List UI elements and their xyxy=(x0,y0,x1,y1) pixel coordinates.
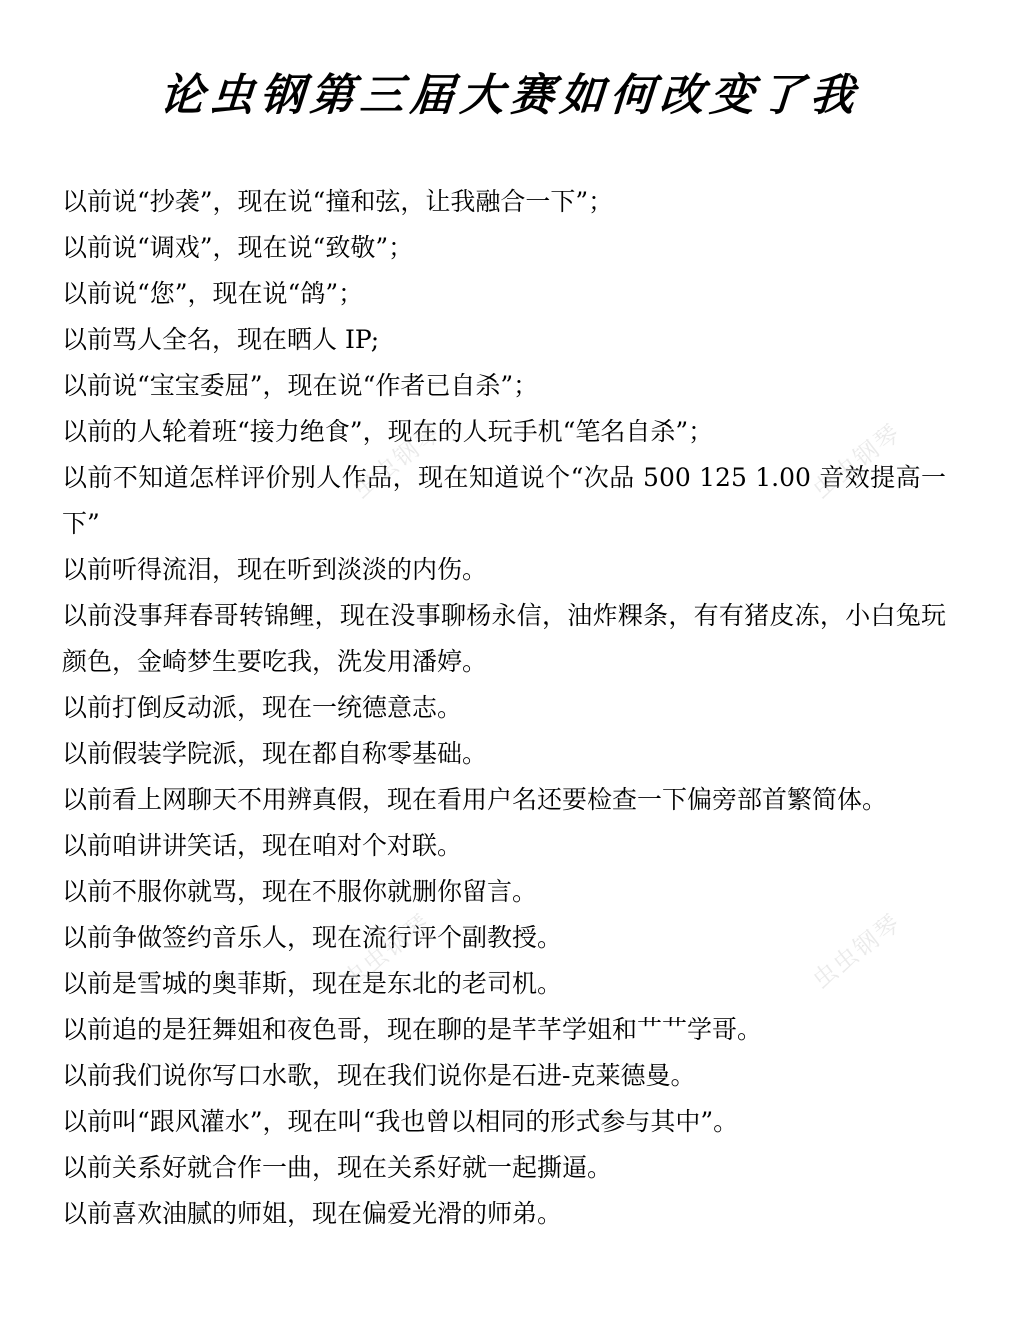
text-line: 以前是雪城的奥菲斯，现在是东北的老司机。 xyxy=(62,961,946,1007)
text-line: 以前打倒反动派，现在一统德意志。 xyxy=(62,685,946,731)
text-line: 以前喜欢油腻的师姐，现在偏爱光滑的师弟。 xyxy=(62,1191,946,1237)
text-line: 以前看上网聊天不用辨真假，现在看用户名还要检查一下偏旁部首繁简体。 xyxy=(62,777,946,823)
text-line: 以前听得流泪，现在听到淡淡的内伤。 xyxy=(62,547,946,593)
text-line: 以前说“抄袭”，现在说“撞和弦，让我融合一下”； xyxy=(62,179,946,225)
text-line: 以前不服你就骂，现在不服你就删你留言。 xyxy=(62,869,946,915)
document-page: 论虫钢第三届大赛如何改变了我 以前说“抄袭”，现在说“撞和弦，让我融合一下”； … xyxy=(0,0,1020,1320)
text-line: 以前骂人全名，现在晒人 IP; xyxy=(62,317,946,363)
text-line: 以前追的是狂舞姐和夜色哥，现在聊的是芊芊学姐和艹艹学哥。 xyxy=(62,1007,946,1053)
document-body: 以前说“抄袭”，现在说“撞和弦，让我融合一下”； 以前说“调戏”，现在说“致敬”… xyxy=(62,179,946,1237)
text-line: 以前说“您”，现在说“鸽”； xyxy=(62,271,946,317)
text-line: 以前说“宝宝委屈”，现在说“作者已自杀”； xyxy=(62,363,946,409)
text-line: 以前假装学院派，现在都自称零基础。 xyxy=(62,731,946,777)
text-line: 以前说“调戏”，现在说“致敬”； xyxy=(62,225,946,271)
page-title: 论虫钢第三届大赛如何改变了我 xyxy=(0,66,1020,126)
text-line: 以前关系好就合作一曲，现在关系好就一起撕逼。 xyxy=(62,1145,946,1191)
text-line: 以前咱讲讲笑话，现在咱对个对联。 xyxy=(62,823,946,869)
text-line: 以前不知道怎样评价别人作品，现在知道说个“次品 500 125 1.00 音效提… xyxy=(62,455,946,547)
text-line: 以前的人轮着班“接力绝食”，现在的人玩手机“笔名自杀”； xyxy=(62,409,946,455)
text-line: 以前争做签约音乐人，现在流行评个副教授。 xyxy=(62,915,946,961)
text-line: 以前叫“跟风灌水”，现在叫“我也曾以相同的形式参与其中”。 xyxy=(62,1099,946,1145)
text-line: 以前我们说你写口水歌，现在我们说你是石进-克莱德曼。 xyxy=(62,1053,946,1099)
text-line: 以前没事拜春哥转锦鲤，现在没事聊杨永信，油炸粿条，有有猪皮冻，小白兔玩颜色，金崎… xyxy=(62,593,946,685)
